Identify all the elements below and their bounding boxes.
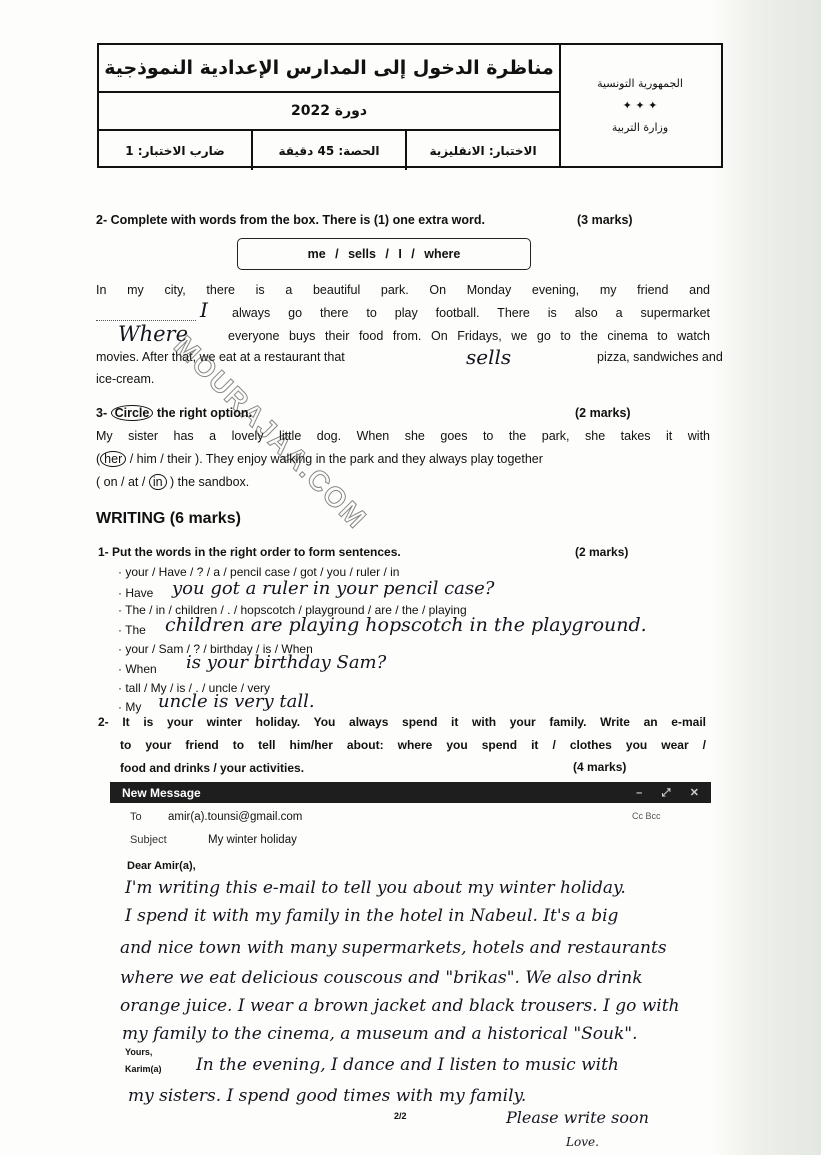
email-body-line: where we eat delicious couscous and "bri… [120, 968, 643, 988]
close-icon[interactable]: ✕ [690, 787, 699, 799]
writing-q2-line: food and drinks / your activities. [120, 761, 304, 775]
header-main: مناظرة الدخول إلى المدارس الإعدادية النم… [99, 45, 561, 166]
handwritten-closing: Please write soon [506, 1108, 649, 1127]
to-label: To [130, 811, 142, 823]
sentence-answer: is your birthday Sam? [186, 652, 386, 673]
republic-label: الجمهورية التونسية [597, 73, 683, 95]
exercise2-line: ice-cream. [96, 372, 154, 386]
writing-title: WRITING (6 marks) [96, 510, 241, 528]
to-field[interactable]: amir(a).tounsi@gmail.com [168, 811, 302, 823]
subject-field[interactable]: My winter holiday [208, 834, 297, 846]
exercise2-instruction: 2- Complete with words from the box. The… [96, 213, 485, 227]
email-body-line: I spend it with my family in the hotel i… [125, 906, 618, 926]
exam-title: مناظرة الدخول إلى المدارس الإعدادية النم… [99, 45, 559, 93]
exam-session: دورة 2022 [99, 93, 559, 131]
exam-duration: الحصة: 45 دقيقة [251, 131, 405, 170]
answer-3: sells [466, 345, 511, 369]
exercise2-line: everyone buys their food from. On Friday… [228, 329, 710, 343]
writing-q2-line: 2- It is your winter holiday. You always… [98, 715, 706, 729]
ministry-label: وزارة التربية [612, 117, 668, 139]
sentence-start: · The [118, 623, 146, 637]
writing-q1-instruction: 1- Put the words in the right order to f… [98, 545, 401, 559]
blank-1 [96, 306, 196, 321]
option-her-circled[interactable]: her [100, 451, 126, 467]
cc-bcc-link[interactable]: Cc Bcc [632, 811, 661, 821]
sentence-answer: uncle is very tall. [158, 691, 315, 712]
stars-icon: ✦ ✦ ✦ [623, 95, 658, 117]
subject-label: Subject [130, 834, 167, 846]
exercise3-marks: (2 marks) [575, 406, 631, 420]
closing-name: Karim(a) [125, 1064, 162, 1074]
exam-coefficient: ضارب الاختبار: 1 [99, 131, 251, 170]
scrambled-prompt: · your / Have / ? / a / pencil case / go… [118, 565, 399, 579]
closing-yours: Yours, [125, 1047, 152, 1057]
word-box: me / sells / I / where [237, 238, 531, 270]
writing-q1-marks: (2 marks) [575, 545, 628, 559]
exam-page: مناظرة الدخول إلى المدارس الإعدادية النم… [0, 0, 821, 1155]
scan-shadow [711, 0, 821, 1155]
writing-q2-line: to your friend to tell him/her about: wh… [120, 738, 706, 752]
option-in-circled[interactable]: in [149, 474, 167, 490]
sentence-start: · Have [118, 586, 153, 600]
exercise2-line: pizza, sandwiches and [597, 350, 723, 364]
expand-icon[interactable]: ⤢ [662, 787, 671, 799]
sentence-start: · When [118, 662, 157, 676]
circle-word: Circle [111, 405, 154, 421]
page-number: 2/2 [394, 1111, 407, 1121]
email-body-line: In the evening, I dance and I listen to … [196, 1055, 619, 1075]
sentence-answer: you got a ruler in your pencil case? [172, 578, 494, 599]
exercise3-option-text: ( on / at / [96, 475, 145, 489]
email-body-line: my sisters. I spend good times with my f… [128, 1086, 526, 1106]
exercise3-line: My sister has a lovely little dog. When … [96, 429, 710, 443]
email-body-line: orange juice. I wear a brown jacket and … [120, 996, 680, 1016]
header-ministry: الجمهورية التونسية ✦ ✦ ✦ وزارة التربية [559, 45, 721, 166]
exercise2-line: In my city, there is a beautiful park. O… [96, 283, 710, 297]
exercise3-number: 3- [96, 406, 107, 420]
sentence-start: · My [118, 700, 141, 714]
exercise3-option-text: ) the sandbox. [170, 475, 249, 489]
exam-header-table: مناظرة الدخول إلى المدارس الإعدادية النم… [97, 43, 723, 168]
email-title-bar: New Message – ⤢ ✕ [110, 782, 711, 803]
exercise3-option-text: / him / their ). They enjoy walking in t… [130, 452, 543, 466]
email-window-title: New Message [122, 786, 201, 800]
writing-q2-marks: (4 marks) [573, 760, 626, 774]
email-greeting: Dear Amir(a), [127, 860, 196, 872]
exam-details-row: الاختبار: الانقليزية الحصة: 45 دقيقة ضار… [99, 131, 559, 170]
minimize-icon[interactable]: – [636, 787, 642, 799]
handwritten-love: Love. [566, 1135, 599, 1149]
exercise3-instruction: 3- Circle the right option. [96, 406, 252, 420]
exercise3-option-line: (her / him / their ). They enjoy walking… [96, 452, 710, 466]
exercise2-line: always go there to play football. There … [232, 306, 710, 320]
email-body-line: and nice town with many supermarkets, ho… [120, 938, 667, 958]
exam-subject: الاختبار: الانقليزية [405, 131, 559, 170]
answer-1: I [200, 298, 208, 322]
exercise3-instruction-text: the right option. [157, 406, 252, 420]
window-controls: – ⤢ ✕ [620, 785, 699, 800]
email-body-line: I'm writing this e-mail to tell you abou… [125, 878, 626, 898]
exercise3-option-line: ( on / at / in ) the sandbox. [96, 475, 249, 489]
sentence-answer: children are playing hopscotch in the pl… [165, 614, 647, 636]
email-body-line: my family to the cinema, a museum and a … [122, 1024, 638, 1044]
exercise2-marks: (3 marks) [577, 213, 633, 227]
